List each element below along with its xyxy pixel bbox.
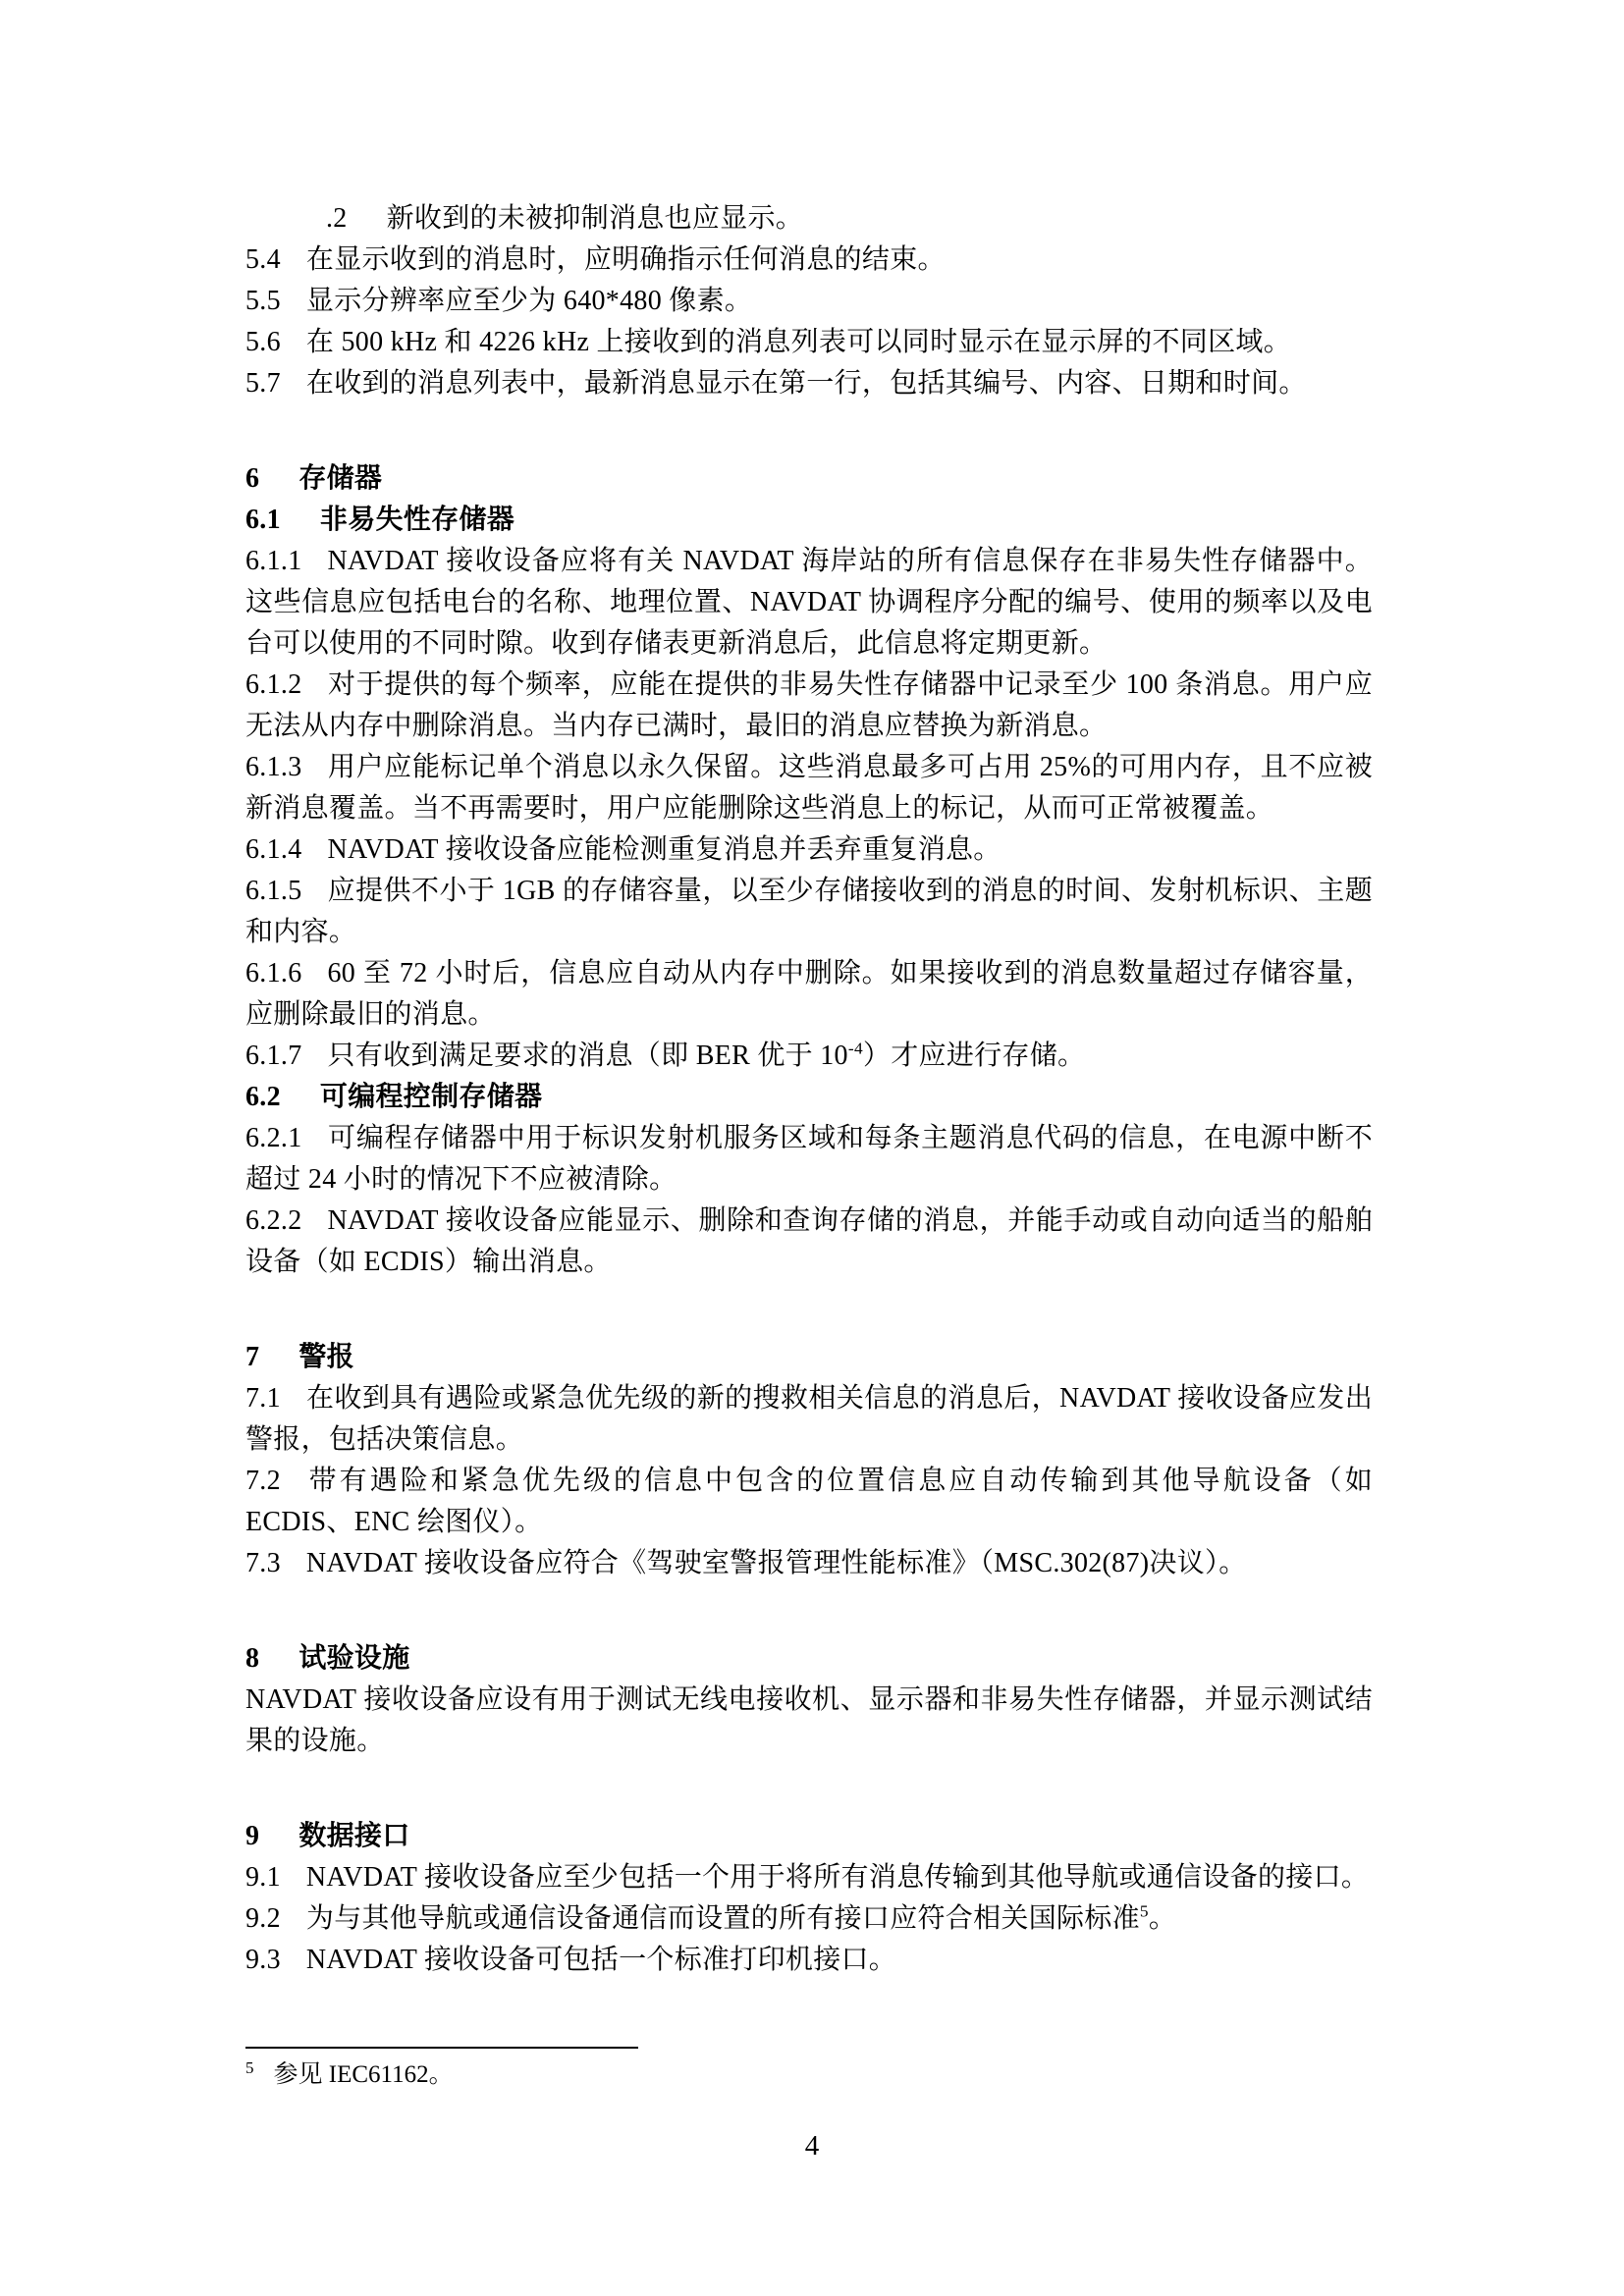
section-heading-6-2: 6.2可编程控制存储器: [245, 1077, 1373, 1118]
clause-text: NAVDAT 接收设备应至少包括一个用于将所有消息传输到其他导航或通信设备的接口…: [306, 1862, 1369, 1893]
clause-text: NAVDAT 接收设备应能检测重复消息并丢弃重复消息。: [328, 834, 1001, 865]
clause-text: 可编程存储器中用于标识发射机服务区域和每条主题消息代码的信息，在电源中断不超过 …: [245, 1123, 1373, 1195]
list-item-2: .2新收到的未被抑制消息也应显示。: [245, 198, 1373, 240]
page-number: 4: [0, 2128, 1624, 2163]
clause-number: 7.3: [245, 1548, 281, 1578]
clause-number: 6.1.1: [245, 546, 302, 576]
section-heading-6-1: 6.1非易失性存储器: [245, 500, 1373, 541]
footnote: 5参见 IEC61162。: [245, 2058, 1373, 2092]
section-title: 可编程控制存储器: [320, 1082, 542, 1112]
document-page: .2新收到的未被抑制消息也应显示。 5.4在显示收到的消息时，应明确指示任何消息…: [0, 0, 1624, 2296]
footnote-divider: [245, 2047, 638, 2049]
clause-text: 用户应能标记单个消息以永久保留。这些消息最多可占用 25%的可用内存，且不应被新…: [245, 752, 1373, 824]
clause-number: 7.1: [245, 1383, 281, 1414]
clause-text: NAVDAT 接收设备应将有关 NAVDAT 海岸站的所有信息保存在非易失性存储…: [245, 546, 1373, 659]
clause-number: 7.2: [245, 1466, 281, 1496]
clause-number: 5.6: [245, 327, 281, 357]
clause-5-6: 5.6在 500 kHz 和 4226 kHz 上接收到的消息列表可以同时显示在…: [245, 322, 1373, 363]
section-number: 6.2: [245, 1082, 281, 1112]
section-number: 6.1: [245, 505, 281, 535]
clause-number: 6.2.2: [245, 1205, 302, 1236]
clause-number: 6.1.5: [245, 876, 302, 906]
clause-text: 只有收到满足要求的消息（即 BER 优于 10: [328, 1041, 848, 1071]
clause-number: 6.1.2: [245, 669, 302, 700]
clause-6-2-1: 6.2.1可编程存储器中用于标识发射机服务区域和每条主题消息代码的信息，在电源中…: [245, 1118, 1373, 1201]
clause-number: 5.4: [245, 244, 281, 275]
chapter-heading-8: 8试验设施: [245, 1638, 1373, 1680]
chapter-number: 6: [245, 463, 259, 494]
exponent-superscript: -4: [848, 1040, 863, 1058]
item-text: 新收到的未被抑制消息也应显示。: [387, 203, 804, 234]
chapter-title: 试验设施: [298, 1643, 409, 1674]
clause-6-1-3: 6.1.3用户应能标记单个消息以永久保留。这些消息最多可占用 25%的可用内存，…: [245, 747, 1373, 829]
clause-6-1-2: 6.1.2对于提供的每个频率，应能在提供的非易失性存储器中记录至少 100 条消…: [245, 665, 1373, 747]
clause-9-2: 9.2为与其他导航或通信设备通信而设置的所有接口应符合相关国际标准5。: [245, 1898, 1373, 1940]
clause-7-1: 7.1在收到具有遇险或紧急优先级的新的搜救相关信息的消息后，NAVDAT 接收设…: [245, 1378, 1373, 1461]
clause-number: 6.1.3: [245, 752, 302, 782]
clause-6-1-4: 6.1.4NAVDAT 接收设备应能检测重复消息并丢弃重复消息。: [245, 829, 1373, 871]
clause-7-3: 7.3NAVDAT 接收设备应符合《驾驶室警报管理性能标准》（MSC.302(8…: [245, 1543, 1373, 1584]
chapter-8-body: NAVDAT 接收设备应设有用于测试无线电接收机、显示器和非易失性存储器，并显示…: [245, 1680, 1373, 1762]
chapter-number: 7: [245, 1342, 259, 1372]
clause-number: 9.3: [245, 1945, 281, 1975]
clause-number: 6.1.6: [245, 958, 302, 988]
clause-text: NAVDAT 接收设备应能显示、删除和查询存储的消息，并能手动或自动向适当的船舶…: [245, 1205, 1373, 1277]
clause-number: 5.5: [245, 286, 281, 316]
chapter-title: 存储器: [298, 463, 382, 494]
clause-5-5: 5.5显示分辨率应至少为 640*480 像素。: [245, 281, 1373, 322]
clause-text-tail: ）才应进行存储。: [863, 1041, 1085, 1071]
footnote-area: 5参见 IEC61162。: [245, 2047, 1373, 2092]
clause-number: 6.1.7: [245, 1041, 302, 1071]
chapter-number: 8: [245, 1643, 259, 1674]
clause-text: 显示分辨率应至少为 640*480 像素。: [306, 286, 752, 316]
chapter-number: 9: [245, 1821, 259, 1851]
clause-number: 9.1: [245, 1862, 281, 1893]
item-number: .2: [326, 203, 348, 234]
clause-7-2: 7.2带有遇险和紧急优先级的信息中包含的位置信息应自动传输到其他导航设备（如 E…: [245, 1461, 1373, 1543]
clause-text: 在收到具有遇险或紧急优先级的新的搜救相关信息的消息后，NAVDAT 接收设备应发…: [245, 1383, 1373, 1455]
clause-9-3: 9.3NAVDAT 接收设备可包括一个标准打印机接口。: [245, 1940, 1373, 1981]
clause-text: 60 至 72 小时后，信息应自动从内存中删除。如果接收到的消息数量超过存储容量…: [245, 958, 1373, 1030]
clause-9-1: 9.1NAVDAT 接收设备应至少包括一个用于将所有消息传输到其他导航或通信设备…: [245, 1857, 1373, 1898]
clause-6-1-1: 6.1.1NAVDAT 接收设备应将有关 NAVDAT 海岸站的所有信息保存在非…: [245, 541, 1373, 665]
clause-text: 在显示收到的消息时，应明确指示任何消息的结束。: [306, 244, 946, 275]
clause-text: 为与其他导航或通信设备通信而设置的所有接口应符合相关国际标准: [306, 1903, 1140, 1934]
clause-number: 5.7: [245, 368, 281, 399]
chapter-title: 警报: [298, 1342, 354, 1372]
clause-text: 在收到的消息列表中，最新消息显示在第一行，包括其编号、内容、日期和时间。: [306, 368, 1307, 399]
clause-text: 应提供不小于 1GB 的存储容量，以至少存储接收到的消息的时间、发射机标识、主题…: [245, 876, 1373, 947]
clause-6-1-7: 6.1.7只有收到满足要求的消息（即 BER 优于 10-4）才应进行存储。: [245, 1036, 1373, 1077]
clause-6-2-2: 6.2.2NAVDAT 接收设备应能显示、删除和查询存储的消息，并能手动或自动向…: [245, 1201, 1373, 1283]
clause-number: 6.2.1: [245, 1123, 302, 1153]
clause-text: 在 500 kHz 和 4226 kHz 上接收到的消息列表可以同时显示在显示屏…: [306, 327, 1291, 357]
footnote-marker: 5: [245, 2058, 254, 2077]
clause-5-4: 5.4在显示收到的消息时，应明确指示任何消息的结束。: [245, 240, 1373, 281]
clause-text-tail: 。: [1149, 1903, 1176, 1934]
clause-5-7: 5.7在收到的消息列表中，最新消息显示在第一行，包括其编号、内容、日期和时间。: [245, 363, 1373, 404]
clause-text: 对于提供的每个频率，应能在提供的非易失性存储器中记录至少 100 条消息。用户应…: [245, 669, 1373, 741]
footnote-reference: 5: [1140, 1902, 1149, 1921]
clause-text: NAVDAT 接收设备可包括一个标准打印机接口。: [306, 1945, 896, 1975]
clause-text: NAVDAT 接收设备应符合《驾驶室警报管理性能标准》（MSC.302(87)决…: [306, 1548, 1247, 1578]
clause-6-1-5: 6.1.5应提供不小于 1GB 的存储容量，以至少存储接收到的消息的时间、发射机…: [245, 871, 1373, 953]
paragraph-text: NAVDAT 接收设备应设有用于测试无线电接收机、显示器和非易失性存储器，并显示…: [245, 1684, 1373, 1756]
chapter-heading-9: 9数据接口: [245, 1816, 1373, 1857]
chapter-heading-7: 7警报: [245, 1337, 1373, 1378]
chapter-heading-6: 6存储器: [245, 458, 1373, 500]
footnote-text: 参见 IEC61162。: [274, 2061, 454, 2088]
clause-text: 带有遇险和紧急优先级的信息中包含的位置信息应自动传输到其他导航设备（如 ECDI…: [245, 1466, 1373, 1537]
clause-number: 9.2: [245, 1903, 281, 1934]
document-body: .2新收到的未被抑制消息也应显示。 5.4在显示收到的消息时，应明确指示任何消息…: [245, 198, 1373, 1981]
clause-6-1-6: 6.1.660 至 72 小时后，信息应自动从内存中删除。如果接收到的消息数量超…: [245, 953, 1373, 1036]
chapter-title: 数据接口: [298, 1821, 409, 1851]
section-title: 非易失性存储器: [320, 505, 514, 535]
clause-number: 6.1.4: [245, 834, 302, 865]
